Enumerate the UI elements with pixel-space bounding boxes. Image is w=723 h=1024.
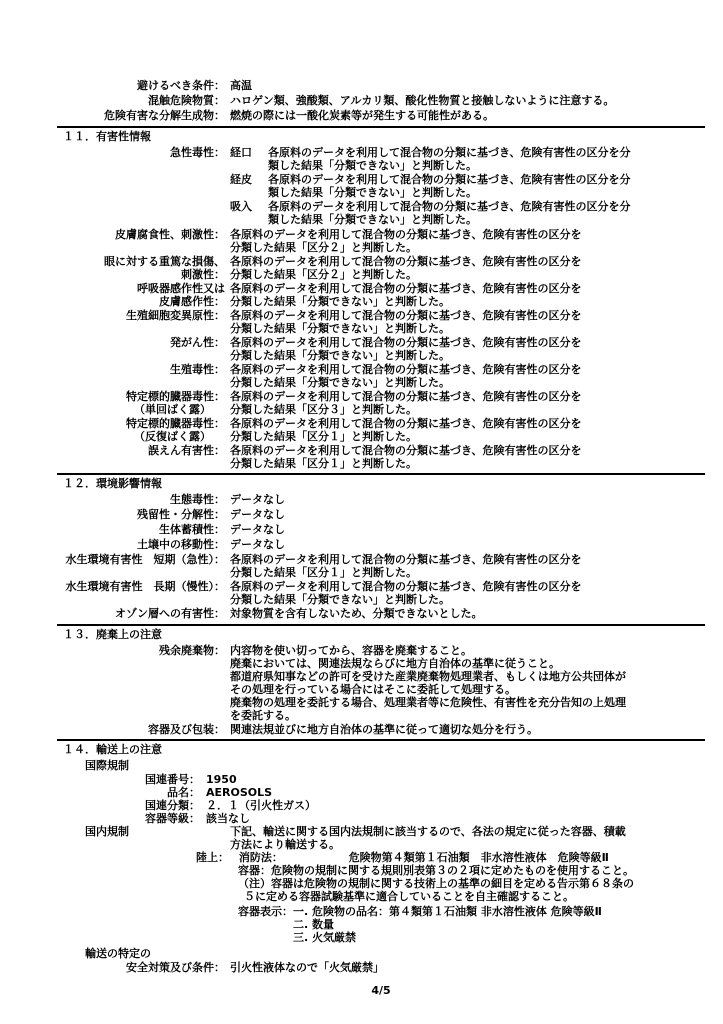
field-row: 安全対策及び条件： 引火性液体なので「火気厳禁」 [57, 961, 705, 974]
text-line: 分類した結果「分類できない」と判断した。 [230, 376, 705, 389]
field-value: 関連法規並びに地方自治体の基準に従って適切な処分を行う。 [230, 723, 705, 736]
field-value: 各原料のデータを利用して混合物の分類に基づき、危険有害性の区分を 分類した結果「… [230, 255, 705, 281]
text-line: 分類した結果「区分１」と判断した。 [230, 457, 705, 470]
field-label: 生体蓄積性： [57, 523, 225, 537]
sds-page-4: 避けるべき条件： 高温 混触危険物質： ハロゲン類、強酸類、アルカリ類、酸化性物… [0, 0, 723, 1024]
field-row: 混触危険物質： ハロゲン類、強酸類、アルカリ類、酸化性物質と接触しないように注意… [57, 93, 705, 108]
field-row: 特定標的臓器毒性： （単回ばく露） 各原料のデータを利用して混合物の分類に基づき… [57, 390, 705, 416]
field-label: 残留性・分解性： [57, 508, 225, 522]
acute-routes: 経口 各原料のデータを利用して混合物の分類に基づき、危険有害性の区分を分 類した… [230, 146, 705, 227]
field-label: 品名： [57, 786, 200, 799]
field-value: 各原料のデータを利用して混合物の分類に基づき、危険有害性の区分を 分類した結果「… [230, 580, 705, 606]
text-line: 類した結果「分類できない」と判断した。 [268, 186, 705, 199]
field-row: 呼吸器感作性又は 皮膚感作性： 各原料のデータを利用して混合物の分類に基づき、危… [57, 282, 705, 308]
field-value: 内容物を使い切ってから、容器を廃棄すること。 廃棄においては、関連法規ならびに地… [230, 644, 705, 722]
route-text: 各原料のデータを利用して混合物の分類に基づき、危険有害性の区分を分 類した結果「… [268, 173, 705, 199]
text-line: 分類した結果「分類できない」と判断した。 [230, 322, 705, 335]
section-divider [57, 739, 705, 741]
text-line: 各原料のデータを利用して混合物の分類に基づき、危険有害性の区分を [230, 390, 705, 403]
field-row: 発がん性： 各原料のデータを利用して混合物の分類に基づき、危険有害性の区分を 分… [57, 336, 705, 362]
section-divider [57, 126, 705, 128]
text-line: 廃棄においては、関連法規ならびに地方自治体の基準に従うこと。 [230, 657, 705, 670]
text-line: その処理を行っている場合にはそこに委託して処理する。 [230, 683, 705, 696]
text-line: 三. 火気厳禁 [293, 931, 705, 944]
domestic-regulation-row: 国内規制 下記、輸送に関する国内法規制に該当するので、各法の規定に従った容器、積… [57, 825, 705, 851]
container-marking-block: 容器表示： 一. 危険物の品名：第４類第１石油類 非水溶性液体 危険等級Ⅱ 二.… [238, 905, 705, 944]
section-11-hazard-info: １１．有害性情報 急性毒性： 経口 各原料のデータを利用して混合物の分類に基づき… [57, 126, 705, 470]
field-label: 避けるべき条件： [57, 78, 225, 93]
fire-law-value: 危険物第４類第１石油類 非水溶性液体 危険等級Ⅱ [349, 851, 609, 864]
text-line: 各原料のデータを利用して混合物の分類に基づき、危険有害性の区分を [230, 363, 705, 376]
field-label: 混触危険物質： [57, 93, 225, 108]
field-label: 急性毒性： [57, 146, 225, 159]
marking-label: 容器表示： [238, 905, 293, 944]
field-value: データなし [230, 508, 705, 522]
field-label: 国連分類： [57, 799, 200, 812]
field-value: 各原料のデータを利用して混合物の分類に基づき、危険有害性の区分を 分類した結果「… [230, 336, 705, 362]
text-line: 各原料のデータを利用して混合物の分類に基づき、危険有害性の区分を [230, 580, 705, 593]
text-line: 分類した結果「分類できない」と判断した。 [230, 349, 705, 362]
field-value: 高温 [230, 78, 705, 93]
field-label: 国連番号： [57, 773, 200, 786]
field-label: 危険有害な分解生成物： [57, 108, 225, 123]
text-line: 類した結果「分類できない」と判断した。 [268, 159, 705, 172]
field-row: 土壌中の移動性： データなし [57, 538, 705, 552]
text-line: 内容物を使い切ってから、容器を廃棄すること。 [230, 644, 705, 657]
field-label: 皮膚腐食性、刺激性： [57, 228, 225, 241]
field-value: 各原料のデータを利用して混合物の分類に基づき、危険有害性の区分を 分類した結果「… [230, 228, 705, 254]
section-divider [57, 473, 705, 475]
section-14-transport-info: １４．輸送上の注意 国際規制 国連番号： 1950 品名： AEROSOLS 国… [57, 739, 705, 974]
section-14-heading: １４．輸送上の注意 [63, 743, 705, 757]
marking-items: 一. 危険物の品名：第４類第１石油類 非水溶性液体 危険等級Ⅱ 二. 数量 三.… [293, 905, 705, 944]
field-label: 発がん性： [57, 336, 225, 349]
international-regulation-label: 国際規制 [57, 759, 705, 773]
text-line: を委託する。 [230, 709, 705, 722]
field-label: 土壌中の移動性： [57, 538, 225, 552]
container-note-line: ５に定める容器試験基準に適合していることを自主確認すること。 [244, 890, 705, 903]
field-row: 品名： AEROSOLS [57, 786, 705, 799]
text-line: 二. 数量 [293, 918, 705, 931]
field-row: 眼に対する重篤な損傷、 刺激性： 各原料のデータを利用して混合物の分類に基づき、… [57, 255, 705, 281]
field-label: 特定標的臓器毒性： （反復ばく露） [57, 417, 225, 443]
route-label: 吸入 [230, 200, 268, 226]
field-label: 安全対策及び条件： [57, 961, 225, 974]
text-line: 各原料のデータを利用して混合物の分類に基づき、危険有害性の区分を [230, 336, 705, 349]
route-text: 各原料のデータを利用して混合物の分類に基づき、危険有害性の区分を分 類した結果「… [268, 200, 705, 226]
field-value: 各原料のデータを利用して混合物の分類に基づき、危険有害性の区分を 分類した結果「… [230, 417, 705, 443]
field-value: 各原料のデータを利用して混合物の分類に基づき、危険有害性の区分を 分類した結果「… [230, 363, 705, 389]
field-row: 生態毒性： データなし [57, 493, 705, 507]
text-line: 各原料のデータを利用して混合物の分類に基づき、危険有害性の区分を [230, 417, 705, 430]
text-line: 各原料のデータを利用して混合物の分類に基づき、危険有害性の区分を [230, 255, 705, 268]
field-label: 容器等級： [57, 812, 200, 825]
field-row: 誤えん有害性： 各原料のデータを利用して混合物の分類に基づき、危険有害性の区分を… [57, 444, 705, 470]
field-row: 残余廃棄物： 内容物を使い切ってから、容器を廃棄すること。 廃棄においては、関連… [57, 644, 705, 722]
text-line: 方法により輸送する。 [230, 838, 705, 851]
field-value: ２．１（引火性ガス） [206, 799, 705, 812]
transport-specific-label: 輸送の特定の [57, 947, 705, 961]
field-row: 容器等級： 該当なし [57, 812, 705, 825]
text-line: 各原料のデータを利用して混合物の分類に基づき、危険有害性の区分を [230, 444, 705, 457]
field-row: 国連分類： ２．１（引火性ガス） [57, 799, 705, 812]
section-13-heading: １３．廃棄上の注意 [63, 628, 705, 642]
text-line: 各原料のデータを利用して混合物の分類に基づき、危険有害性の区分を分 [268, 200, 705, 213]
field-row: オゾン層への有害性： 対象物質を含有しないため、分類できないとした。 [57, 607, 705, 621]
field-row: 避けるべき条件： 高温 [57, 78, 705, 93]
text-line: 分類した結果「区分１」と判断した。 [230, 430, 705, 443]
text-line: 下記、輸送に関する国内法規制に該当するので、各法の規定に従った容器、積載 [230, 825, 705, 838]
field-row: 水生環境有害性 短期（急性）： 各原料のデータを利用して混合物の分類に基づき、危… [57, 553, 705, 579]
route-text: 各原料のデータを利用して混合物の分類に基づき、危険有害性の区分を分 類した結果「… [268, 146, 705, 172]
field-label: 特定標的臓器毒性： （単回ばく露） [57, 390, 225, 416]
section-11-heading: １１．有害性情報 [63, 130, 705, 144]
fire-service-law-line: 陸上： 消防法： 危険物第４類第１石油類 非水溶性液体 危険等級Ⅱ [196, 851, 705, 864]
fire-law-label: 消防法： [239, 851, 283, 864]
field-label: 残余廃棄物： [57, 644, 225, 657]
field-value: 燃焼の際には一酸化炭素等が発生する可能性がある。 [230, 108, 705, 123]
text-line: 分類した結果「区分２」と判断した。 [230, 268, 705, 281]
text-line: 各原料のデータを利用して混合物の分類に基づき、危険有害性の区分を [230, 309, 705, 322]
section-12-environmental-info: １２．環境影響情報 生態毒性： データなし 残留性・分解性： データなし 生体蓄… [57, 473, 705, 621]
field-value: 該当なし [206, 812, 705, 825]
field-value: データなし [230, 523, 705, 537]
avoid-conditions-block: 避けるべき条件： 高温 混触危険物質： ハロゲン類、強酸類、アルカリ類、酸化性物… [57, 78, 705, 123]
text-line: 一. 危険物の品名：第４類第１石油類 非水溶性液体 危険等級Ⅱ [293, 905, 705, 918]
acute-toxicity-row: 急性毒性： 経口 各原料のデータを利用して混合物の分類に基づき、危険有害性の区分… [57, 146, 705, 227]
text-line: 廃棄物の処理を委託する場合、処理業者等に危険性、有害性を充分告知の上処理 [230, 696, 705, 709]
text-line: 類した結果「分類できない」と判断した。 [268, 213, 705, 226]
field-label: 眼に対する重篤な損傷、 刺激性： [57, 255, 225, 281]
field-row: 生殖細胞変異原性： 各原料のデータを利用して混合物の分類に基づき、危険有害性の区… [57, 309, 705, 335]
route-label: 経皮 [230, 173, 268, 199]
field-value: 下記、輸送に関する国内法規制に該当するので、各法の規定に従った容器、積載 方法に… [230, 825, 705, 851]
text-line: 分類した結果「区分２」と判断した。 [230, 241, 705, 254]
field-value: 引火性液体なので「火気厳禁」 [230, 961, 705, 974]
field-value: ハロゲン類、強酸類、アルカリ類、酸化性物質と接触しないように注意する。 [230, 93, 705, 108]
field-label: 誤えん有害性： [57, 444, 225, 457]
field-row: 皮膚腐食性、刺激性： 各原料のデータを利用して混合物の分類に基づき、危険有害性の… [57, 228, 705, 254]
route-row: 経皮 各原料のデータを利用して混合物の分類に基づき、危険有害性の区分を分 類した… [230, 173, 705, 199]
field-value: データなし [230, 538, 705, 552]
field-value: 対象物質を含有しないため、分類できないとした。 [230, 607, 705, 621]
field-label: オゾン層への有害性： [57, 607, 225, 621]
field-row: 危険有害な分解生成物： 燃焼の際には一酸化炭素等が発生する可能性がある。 [57, 108, 705, 123]
field-value: 各原料のデータを利用して混合物の分類に基づき、危険有害性の区分を 分類した結果「… [230, 444, 705, 470]
text-line: 分類した結果「分類できない」と判断した。 [230, 593, 705, 606]
route-row: 経口 各原料のデータを利用して混合物の分類に基づき、危険有害性の区分を分 類した… [230, 146, 705, 172]
text-line: 各原料のデータを利用して混合物の分類に基づき、危険有害性の区分を分 [268, 173, 705, 186]
text-line: 都道府県知事などの許可を受けた産業廃棄物処理業者、もしくは地方公共団体が [230, 670, 705, 683]
field-row: 生殖毒性： 各原料のデータを利用して混合物の分類に基づき、危険有害性の区分を 分… [57, 363, 705, 389]
field-row: 残留性・分解性： データなし [57, 508, 705, 522]
text-line: 各原料のデータを利用して混合物の分類に基づき、危険有害性の区分を [230, 282, 705, 295]
transport-specific-block: 輸送の特定の 安全対策及び条件： 引火性液体なので「火気厳禁」 [57, 947, 705, 974]
field-row: 国連番号： 1950 [57, 773, 705, 786]
field-label: 容器及び包装： [57, 723, 225, 736]
text-line: 分類した結果「分類できない」と判断した。 [230, 295, 705, 308]
route-row: 吸入 各原料のデータを利用して混合物の分類に基づき、危険有害性の区分を分 類した… [230, 200, 705, 226]
route-label: 経口 [230, 146, 268, 172]
container-note-line: （注）容器は危険物の規制に関する技術上の基準の細目を定める告示第６８条の [238, 877, 705, 890]
field-value: 各原料のデータを利用して混合物の分類に基づき、危険有害性の区分を 分類した結果「… [230, 390, 705, 416]
field-row: 容器及び包装： 関連法規並びに地方自治体の基準に従って適切な処分を行う。 [57, 723, 705, 736]
section-divider [57, 624, 705, 626]
text-line: 各原料のデータを利用して混合物の分類に基づき、危険有害性の区分を分 [268, 146, 705, 159]
field-row: 生体蓄積性： データなし [57, 523, 705, 537]
text-line: 分類した結果「区分３」と判断した。 [230, 403, 705, 416]
field-value: 各原料のデータを利用して混合物の分類に基づき、危険有害性の区分を 分類した結果「… [230, 309, 705, 335]
field-label: 呼吸器感作性又は 皮膚感作性： [57, 282, 225, 308]
field-label: 水生環境有害性 短期（急性）： [57, 553, 225, 566]
field-value: 各原料のデータを利用して混合物の分類に基づき、危険有害性の区分を 分類した結果「… [230, 553, 705, 579]
field-value: AEROSOLS [206, 786, 705, 799]
text-line: 各原料のデータを利用して混合物の分類に基づき、危険有害性の区分を [230, 228, 705, 241]
field-label: 生態毒性： [57, 493, 225, 507]
field-label: 生殖毒性： [57, 363, 225, 376]
section-12-heading: １２．環境影響情報 [63, 477, 705, 491]
field-value: 各原料のデータを利用して混合物の分類に基づき、危険有害性の区分を 分類した結果「… [230, 282, 705, 308]
field-label: 生殖細胞変異原性： [57, 309, 225, 322]
field-value: データなし [230, 493, 705, 507]
text-line: 各原料のデータを利用して混合物の分類に基づき、危険有害性の区分を [230, 553, 705, 566]
page-number: 4/5 [57, 984, 705, 998]
field-value: 1950 [206, 773, 705, 786]
section-13-disposal-info: １３．廃棄上の注意 残余廃棄物： 内容物を使い切ってから、容器を廃棄すること。 … [57, 624, 705, 736]
land-label: 陸上： [196, 851, 229, 864]
field-row: 特定標的臓器毒性： （反復ばく露） 各原料のデータを利用して混合物の分類に基づき… [57, 417, 705, 443]
field-row: 水生環境有害性 長期（慢性）： 各原料のデータを利用して混合物の分類に基づき、危… [57, 580, 705, 606]
field-label: 水生環境有害性 長期（慢性）： [57, 580, 225, 593]
domestic-regulation-label: 国内規制 [57, 825, 225, 838]
text-line: 分類した結果「区分１」と判断した。 [230, 566, 705, 579]
container-rule-line: 容器：危険物の規制に関する規則別表第３の２項に定めたものを使用すること。 [238, 864, 705, 877]
